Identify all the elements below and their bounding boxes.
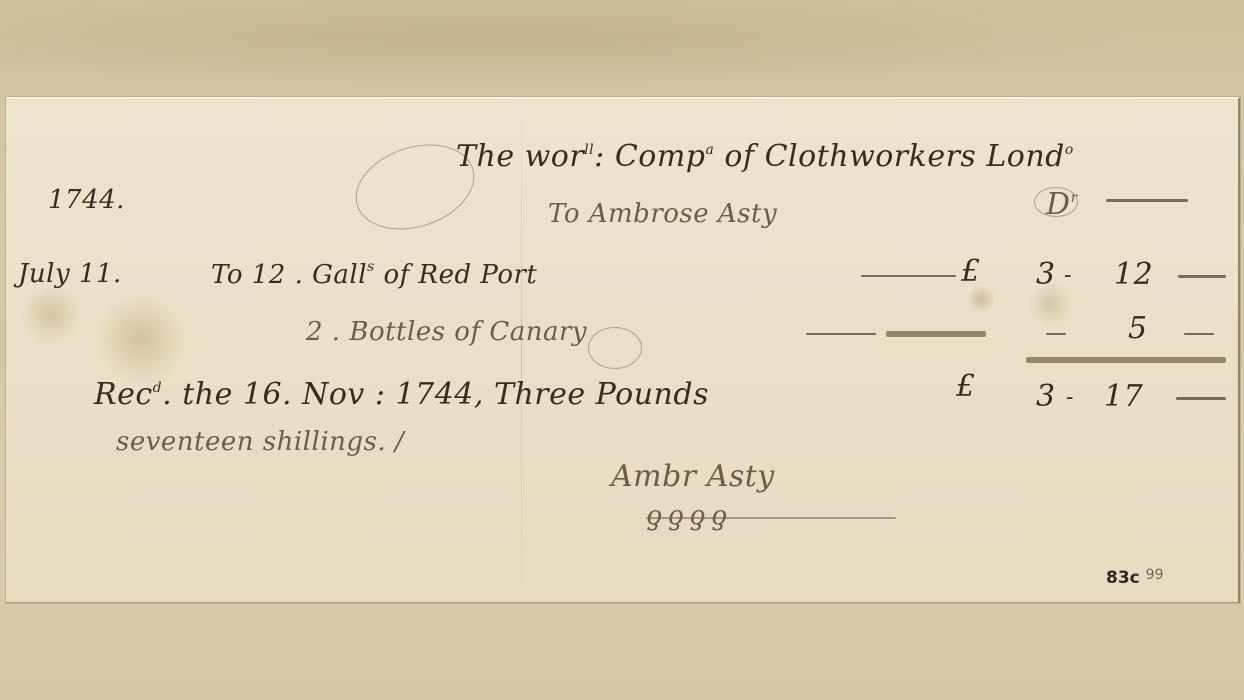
signature-flourish: ƍƍƍƍ [646, 501, 733, 531]
addressee-heading: The worll: Compa of Clothworkers Londo [456, 139, 1074, 174]
flourish-loop-canary [588, 327, 642, 369]
total-sep: - [1066, 385, 1074, 410]
heading-prefix-sup: ll [584, 142, 594, 158]
total-trailing-dash [1176, 397, 1226, 400]
entry-2-trailing-dash [1184, 333, 1214, 335]
entry-1-description: To 12 . Galls of Red Port [211, 259, 537, 290]
entry-1-date: July 11. [18, 259, 122, 289]
receipt-prefix: Rec [94, 377, 153, 412]
entry-2-leader-dash-c [1046, 333, 1066, 335]
total-currency: £ [956, 369, 976, 404]
debtor-mark-letter: D [1046, 187, 1071, 222]
entry-1-currency: £ [961, 254, 981, 289]
year-header: 1744. [48, 185, 125, 215]
total-rule [1026, 357, 1226, 363]
catalog-number: 83c 99 [1106, 567, 1163, 588]
entry-1-shillings: 12 [1114, 257, 1153, 292]
entry-2-leader-dash-a [806, 333, 876, 335]
background-shadow [0, 0, 1244, 96]
signature: Ambr Asty [611, 459, 775, 494]
entry-1-leader-dash [861, 275, 956, 277]
receipt-line-2: seventeen shillings. / [116, 427, 404, 457]
heading-company-sup: a [705, 142, 714, 158]
total-pounds: 3 [1036, 379, 1056, 414]
from-line: To Ambrose Asty [548, 199, 777, 229]
catalog-number-main: 83c [1106, 568, 1140, 588]
entry-1-desc-rest: of Red Port [375, 260, 538, 290]
paper-fold-crease [521, 99, 522, 602]
heading-company: : Comp [594, 139, 705, 174]
heading-london-sup: o [1065, 142, 1074, 158]
catalog-number-sub: 99 [1146, 567, 1164, 583]
entry-2-shillings: 5 [1128, 311, 1148, 346]
receipt-line-1: Recd. the 16. Nov : 1744, Three Pounds [94, 377, 709, 412]
entry-1-desc-main: To 12 . Gall [211, 260, 367, 290]
receipt-prefix-sup: d [153, 380, 162, 396]
debtor-mark-sup: r [1071, 190, 1078, 206]
entry-1-desc-sup: s [367, 259, 375, 275]
heading-prefix: The wor [456, 139, 584, 174]
entry-1-pounds: 3 [1036, 257, 1056, 292]
total-shillings: 17 [1104, 379, 1143, 414]
entry-1-trailing-dash [1178, 275, 1226, 278]
heading-company-rest: of Clothworkers Lond [714, 139, 1065, 174]
debtor-dash [1106, 199, 1188, 202]
entry-2-description: 2 . Bottles of Canary [306, 317, 587, 347]
signature-underline [646, 517, 896, 519]
entry-1-sep: - [1064, 263, 1072, 288]
debtor-mark: Dr [1046, 187, 1078, 222]
receipt-paper: The worll: Compa of Clothworkers Londo 1… [6, 97, 1240, 603]
receipt-line-1-text: . the 16. Nov : 1744, Three Pounds [162, 377, 709, 412]
entry-2-leader-dash-b [886, 331, 986, 337]
